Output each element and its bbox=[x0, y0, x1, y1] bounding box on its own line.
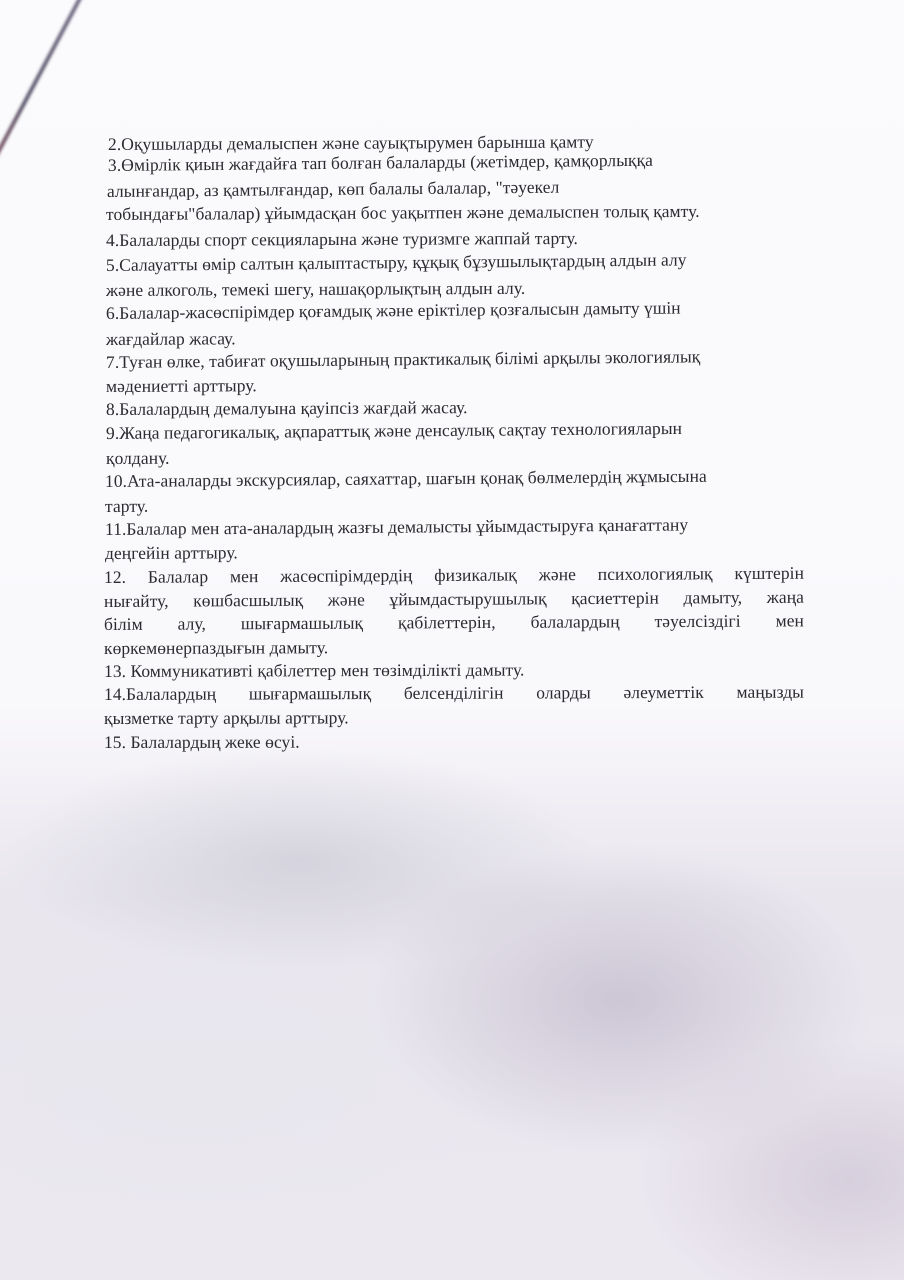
list-item-14-line-1: 14.Балалардыңшығармашылықбелсенділігінол… bbox=[104, 682, 804, 704]
word: 14.Балалардың bbox=[104, 684, 216, 704]
word: белсенділігін bbox=[404, 683, 504, 703]
list-item-12-line-1: 12.Балаларменжасөспірімдердіңфизикалықжә… bbox=[104, 563, 804, 587]
list-item-6-line-2: жағдайлар жасау. bbox=[106, 328, 236, 349]
word: балалардың bbox=[531, 611, 620, 631]
list-item-9-line-2: қолдану. bbox=[106, 448, 170, 468]
list-item-8-line-1: 8.Балалардың демалуына қауіпсіз жағдай ж… bbox=[106, 397, 468, 419]
list-item-12-line-3: білімалу,шығармашылыққабілеттерін,балала… bbox=[104, 610, 804, 634]
list-item-4-line-1: 4.Балаларды спорт секцияларына және тури… bbox=[106, 228, 578, 250]
word: шығармашылық bbox=[241, 613, 363, 634]
word: ұйымдастырушылық bbox=[389, 588, 546, 609]
list-item-9-line-1: 9.Жаңа педагогикалық, ақпараттық және де… bbox=[106, 418, 682, 443]
list-item-3-line-1: 3.Өмірлік қиын жағдайға тап болған балал… bbox=[108, 150, 653, 175]
list-item-5-line-2: және алкоголь, темекі шегу, нашақорлықты… bbox=[106, 278, 525, 300]
list-item-7-line-1: 7.Туған өлке, табиғат оқушыларының практ… bbox=[106, 346, 700, 372]
word: күштерін bbox=[734, 563, 804, 583]
list-item-12-line-2: нығайту,көшбасшылықжәнеұйымдастырушылыққ… bbox=[104, 587, 804, 611]
word: жасөспірімдердің bbox=[280, 565, 412, 586]
word: және bbox=[539, 564, 576, 584]
list-item-7-line-2: мәдениетті арттыру. bbox=[106, 375, 257, 396]
document-body: 2.Оқушыларды демалыспен және сауықтыруме… bbox=[0, 0, 904, 800]
word: психологиялық bbox=[598, 563, 713, 584]
list-item-12-line-4: көркемөнерпаздығын дамыту. bbox=[104, 637, 328, 658]
word: нығайту, bbox=[104, 591, 169, 611]
word: қасиеттерін bbox=[571, 588, 659, 609]
word: тәуелсіздігі bbox=[654, 611, 740, 631]
word: әлеуметтік bbox=[623, 682, 703, 702]
word: алу, bbox=[178, 613, 206, 633]
list-item-3-line-3: тобындағы"балалар) ұйымдасқан бос уақытп… bbox=[106, 201, 700, 224]
list-item-5-line-1: 5.Салауатты өмір салтын қалыптастыру, құ… bbox=[106, 249, 687, 275]
word: қабілеттерін, bbox=[398, 612, 496, 633]
word: білім bbox=[104, 614, 143, 634]
list-item-11-line-2: деңгейін арттыру. bbox=[105, 542, 238, 563]
list-item-15-line-1: 15. Балалардың жеке өсуі. bbox=[104, 732, 300, 752]
word: дамыту, bbox=[683, 587, 742, 607]
word: оларды bbox=[536, 682, 591, 702]
list-item-13-line-1: 13. Коммуникативті қабілеттер мен төзімд… bbox=[104, 660, 525, 681]
word: Балалар bbox=[148, 566, 208, 586]
word: мен bbox=[230, 566, 258, 586]
word: көшбасшылық bbox=[193, 590, 303, 611]
word: шығармашылық bbox=[249, 683, 371, 703]
word: 12. bbox=[104, 567, 126, 587]
word: мен bbox=[776, 610, 804, 630]
word: және bbox=[328, 589, 365, 609]
list-item-14-line-2: қызметке тарту арқылы арттыру. bbox=[104, 707, 349, 728]
word: жаңа bbox=[767, 587, 804, 607]
list-item-6-line-1: 6.Балалар-жасөспірімдер қоғамдық және ер… bbox=[106, 297, 681, 323]
word: маңызды bbox=[736, 682, 804, 702]
list-item-10-line-1: 10.Ата-аналарды экскурсиялар, саяхаттар,… bbox=[105, 466, 707, 491]
list-item-10-line-2: тарту. bbox=[105, 496, 148, 516]
list-item-11-line-1: 11.Балалар мен ата-аналардың жазғы демал… bbox=[105, 514, 688, 539]
word: физикалық bbox=[434, 564, 517, 585]
list-item-3-line-2: алынғандар, аз қамтылғандар, көп балалы … bbox=[107, 177, 560, 201]
